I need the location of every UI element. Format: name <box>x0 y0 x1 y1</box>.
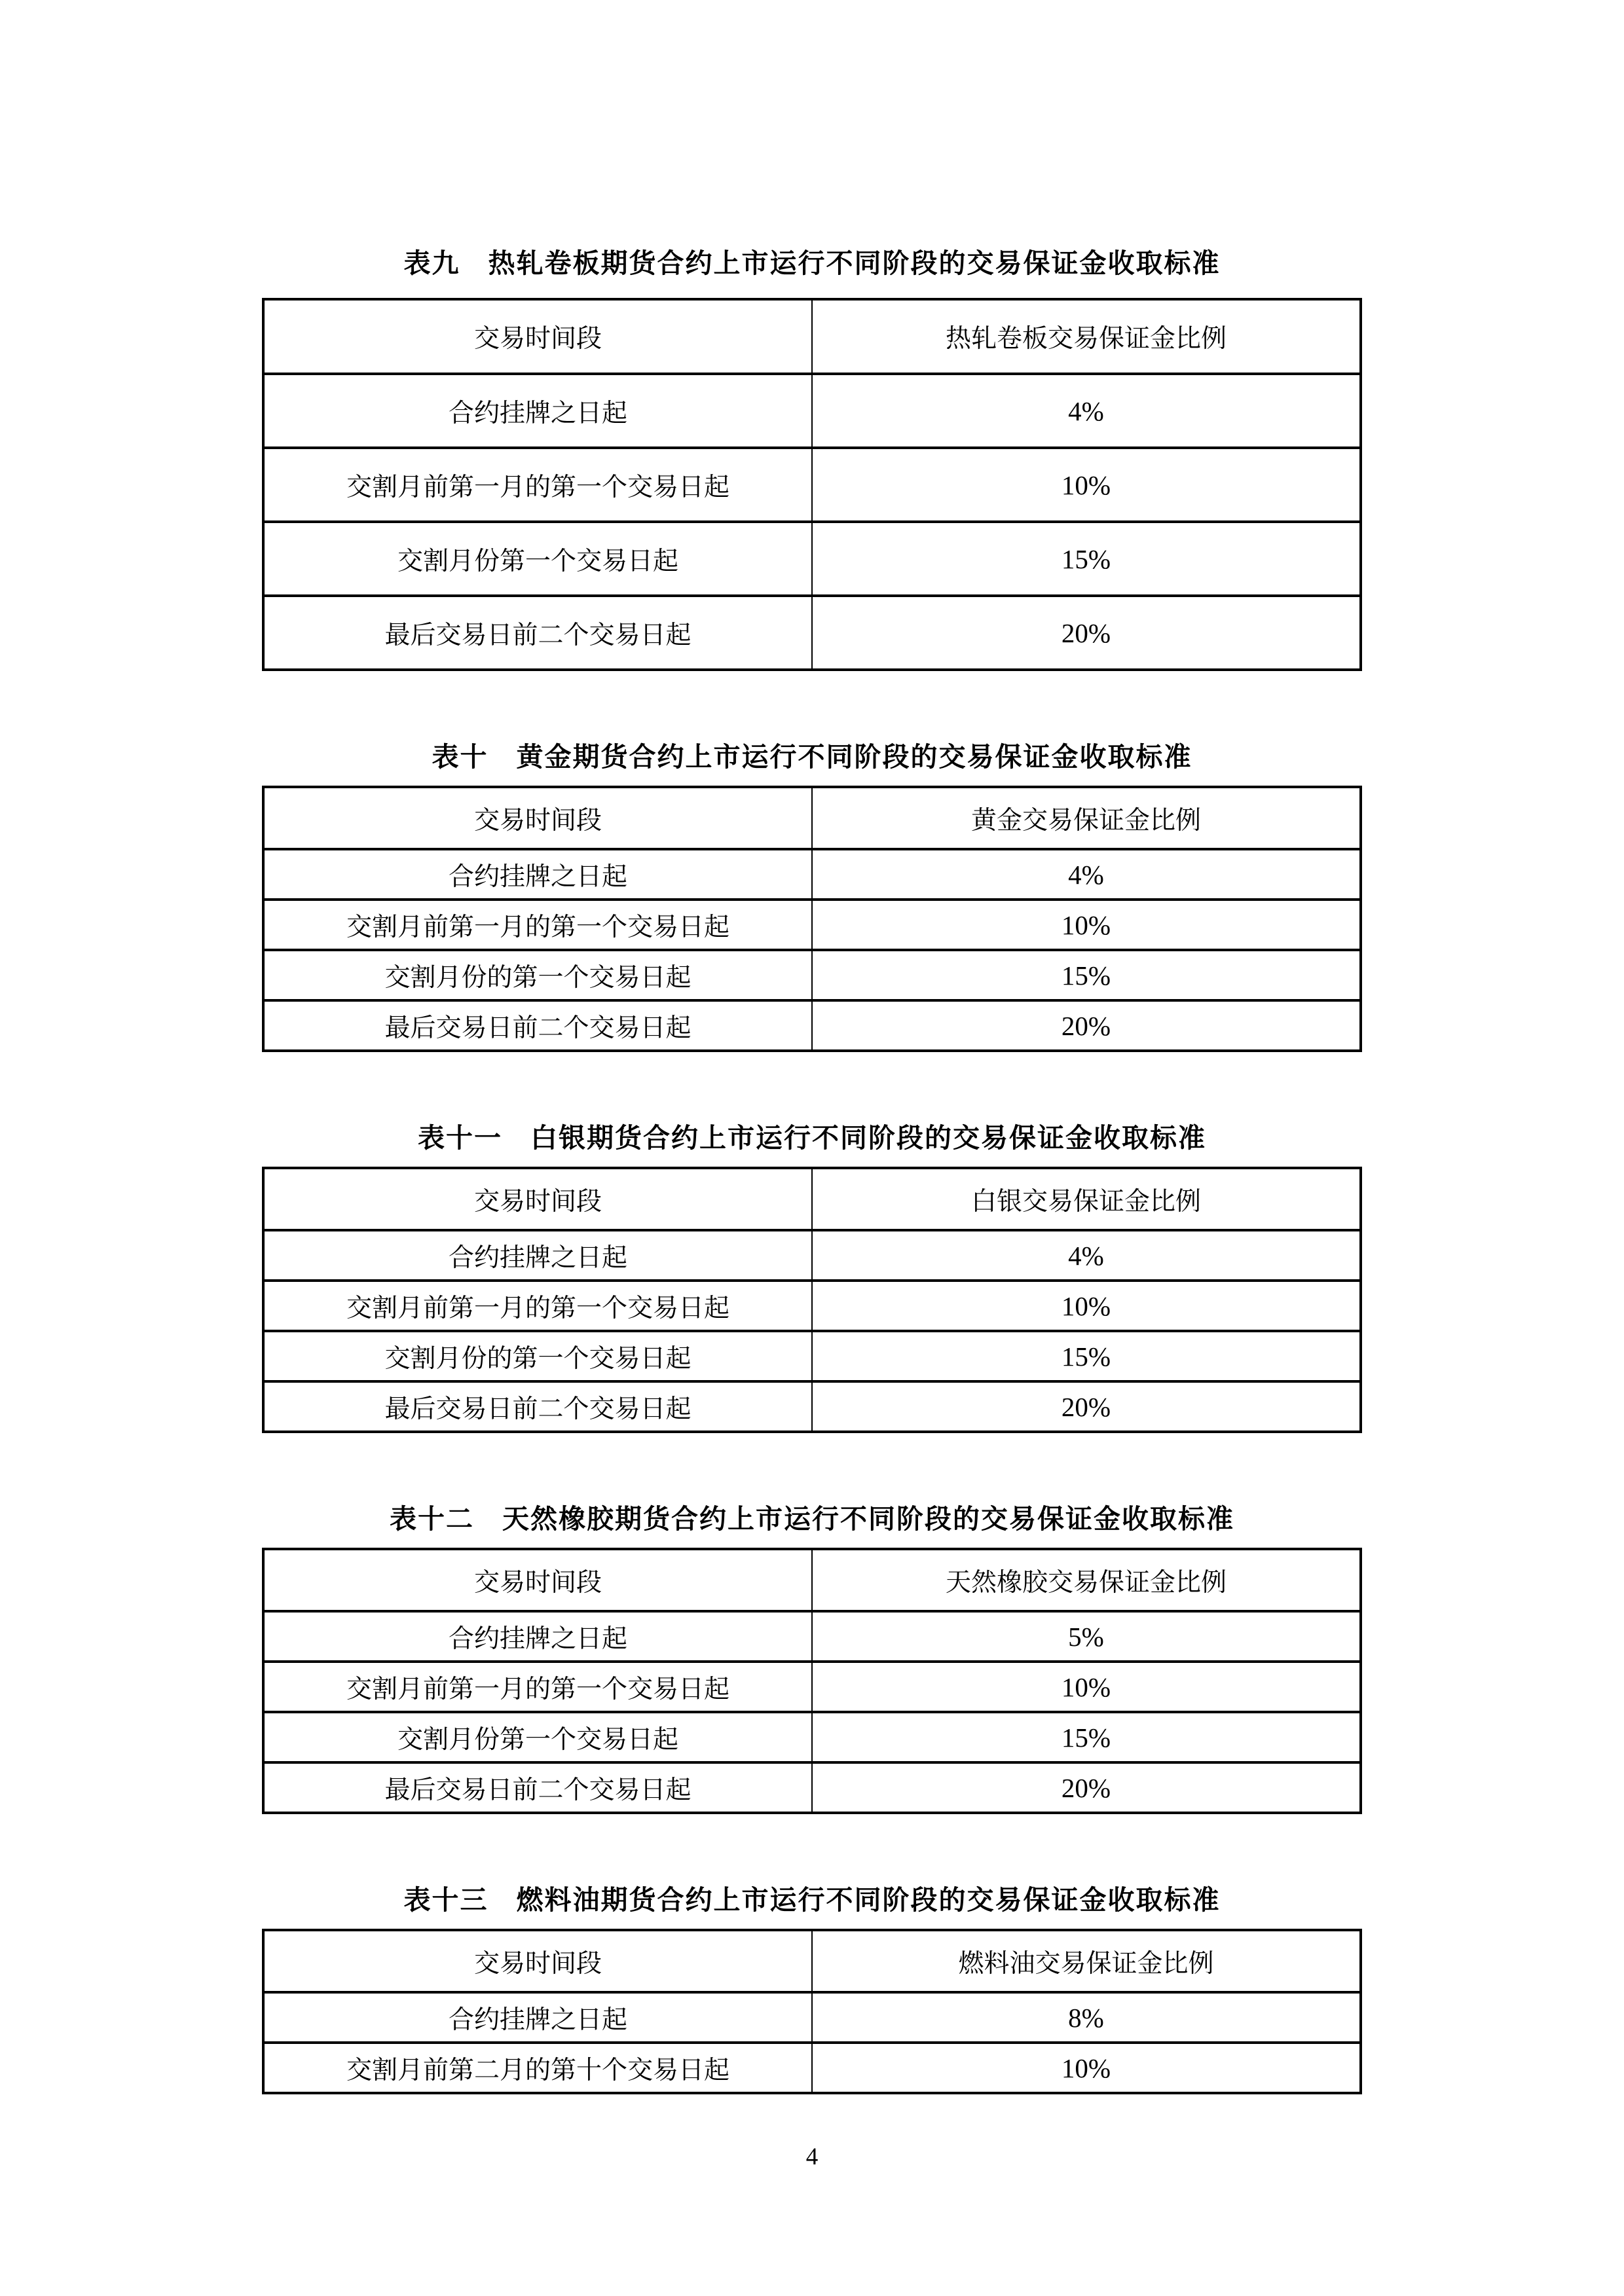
table-row: 最后交易日前二个交易日起 20% <box>263 596 1361 670</box>
cell-ratio: 20% <box>812 1381 1361 1432</box>
table-row: 交割月前第一月的第一个交易日起 10% <box>263 1281 1361 1331</box>
header-cell-period: 交易时间段 <box>263 1930 812 1992</box>
table-row: 合约挂牌之日起 8% <box>263 1992 1361 2043</box>
table-12: 交易时间段 天然橡胶交易保证金比例 合约挂牌之日起 5% 交割月前第一月的第一个… <box>262 1548 1362 1814</box>
cell-ratio: 4% <box>812 374 1361 448</box>
table-row: 最后交易日前二个交易日起 20% <box>263 1381 1361 1432</box>
cell-ratio: 10% <box>812 448 1361 522</box>
cell-period: 最后交易日前二个交易日起 <box>263 1381 812 1432</box>
table-row: 交割月前第一月的第一个交易日起 10% <box>263 900 1361 950</box>
header-cell-ratio: 燃料油交易保证金比例 <box>812 1930 1361 1992</box>
cell-ratio: 4% <box>812 849 1361 900</box>
table-row: 交割月前第一月的第一个交易日起 10% <box>263 448 1361 522</box>
cell-period: 交割月份的第一个交易日起 <box>263 950 812 1000</box>
cell-period: 合约挂牌之日起 <box>263 1611 812 1662</box>
table-12-header-row: 交易时间段 天然橡胶交易保证金比例 <box>263 1549 1361 1611</box>
cell-ratio: 4% <box>812 1230 1361 1281</box>
cell-ratio: 15% <box>812 950 1361 1000</box>
cell-ratio: 10% <box>812 1662 1361 1712</box>
cell-period: 合约挂牌之日起 <box>263 849 812 900</box>
table-10-title: 表十 黄金期货合约上市运行不同阶段的交易保证金收取标准 <box>0 741 1624 773</box>
header-cell-period: 交易时间段 <box>263 299 812 374</box>
cell-period: 交割月前第一月的第一个交易日起 <box>263 1662 812 1712</box>
cell-ratio: 5% <box>812 1611 1361 1662</box>
table-11-title: 表十一 白银期货合约上市运行不同阶段的交易保证金收取标准 <box>0 1122 1624 1154</box>
table-row: 交割月份第一个交易日起 15% <box>263 1712 1361 1762</box>
table-row: 交割月前第一月的第一个交易日起 10% <box>263 1662 1361 1712</box>
cell-period: 交割月前第二月的第十个交易日起 <box>263 2043 812 2093</box>
cell-period: 交割月前第一月的第一个交易日起 <box>263 448 812 522</box>
cell-period: 合约挂牌之日起 <box>263 1230 812 1281</box>
table-row: 交割月份的第一个交易日起 15% <box>263 950 1361 1000</box>
cell-ratio: 10% <box>812 1281 1361 1331</box>
cell-period: 合约挂牌之日起 <box>263 374 812 448</box>
header-cell-ratio: 白银交易保证金比例 <box>812 1168 1361 1230</box>
table-12-title: 表十二 天然橡胶期货合约上市运行不同阶段的交易保证金收取标准 <box>0 1503 1624 1535</box>
document-page: 表九 热轧卷板期货合约上市运行不同阶段的交易保证金收取标准 交易时间段 热轧卷板… <box>0 0 1624 2296</box>
table-9-title: 表九 热轧卷板期货合约上市运行不同阶段的交易保证金收取标准 <box>0 247 1624 279</box>
table-row: 合约挂牌之日起 4% <box>263 849 1361 900</box>
table-row: 最后交易日前二个交易日起 20% <box>263 1000 1361 1051</box>
table-9-header-row: 交易时间段 热轧卷板交易保证金比例 <box>263 299 1361 374</box>
cell-ratio: 8% <box>812 1992 1361 2043</box>
table-13-header-row: 交易时间段 燃料油交易保证金比例 <box>263 1930 1361 1992</box>
table-row: 合约挂牌之日起 4% <box>263 374 1361 448</box>
table-10: 交易时间段 黄金交易保证金比例 合约挂牌之日起 4% 交割月前第一月的第一个交易… <box>262 786 1362 1052</box>
table-11: 交易时间段 白银交易保证金比例 合约挂牌之日起 4% 交割月前第一月的第一个交易… <box>262 1167 1362 1433</box>
cell-ratio: 10% <box>812 900 1361 950</box>
table-13-title: 表十三 燃料油期货合约上市运行不同阶段的交易保证金收取标准 <box>0 1884 1624 1916</box>
cell-period: 交割月份第一个交易日起 <box>263 1712 812 1762</box>
table-11-header-row: 交易时间段 白银交易保证金比例 <box>263 1168 1361 1230</box>
cell-period: 交割月前第一月的第一个交易日起 <box>263 900 812 950</box>
header-cell-period: 交易时间段 <box>263 1549 812 1611</box>
cell-period: 交割月前第一月的第一个交易日起 <box>263 1281 812 1331</box>
cell-period: 最后交易日前二个交易日起 <box>263 1000 812 1051</box>
cell-ratio: 20% <box>812 1762 1361 1813</box>
table-10-header-row: 交易时间段 黄金交易保证金比例 <box>263 787 1361 849</box>
header-cell-ratio: 热轧卷板交易保证金比例 <box>812 299 1361 374</box>
table-row: 合约挂牌之日起 5% <box>263 1611 1361 1662</box>
cell-period: 最后交易日前二个交易日起 <box>263 596 812 670</box>
cell-ratio: 15% <box>812 1331 1361 1381</box>
table-row: 交割月份第一个交易日起 15% <box>263 522 1361 596</box>
page-number: 4 <box>0 2143 1624 2172</box>
header-cell-ratio: 天然橡胶交易保证金比例 <box>812 1549 1361 1611</box>
cell-period: 最后交易日前二个交易日起 <box>263 1762 812 1813</box>
cell-ratio: 15% <box>812 1712 1361 1762</box>
cell-ratio: 20% <box>812 596 1361 670</box>
table-row: 最后交易日前二个交易日起 20% <box>263 1762 1361 1813</box>
table-row: 交割月份的第一个交易日起 15% <box>263 1331 1361 1381</box>
cell-ratio: 15% <box>812 522 1361 596</box>
table-13: 交易时间段 燃料油交易保证金比例 合约挂牌之日起 8% 交割月前第二月的第十个交… <box>262 1929 1362 2094</box>
table-9: 交易时间段 热轧卷板交易保证金比例 合约挂牌之日起 4% 交割月前第一月的第一个… <box>262 298 1362 671</box>
table-row: 交割月前第二月的第十个交易日起 10% <box>263 2043 1361 2093</box>
table-row: 合约挂牌之日起 4% <box>263 1230 1361 1281</box>
header-cell-period: 交易时间段 <box>263 787 812 849</box>
cell-ratio: 10% <box>812 2043 1361 2093</box>
cell-period: 交割月份的第一个交易日起 <box>263 1331 812 1381</box>
cell-period: 交割月份第一个交易日起 <box>263 522 812 596</box>
header-cell-ratio: 黄金交易保证金比例 <box>812 787 1361 849</box>
cell-period: 合约挂牌之日起 <box>263 1992 812 2043</box>
cell-ratio: 20% <box>812 1000 1361 1051</box>
header-cell-period: 交易时间段 <box>263 1168 812 1230</box>
